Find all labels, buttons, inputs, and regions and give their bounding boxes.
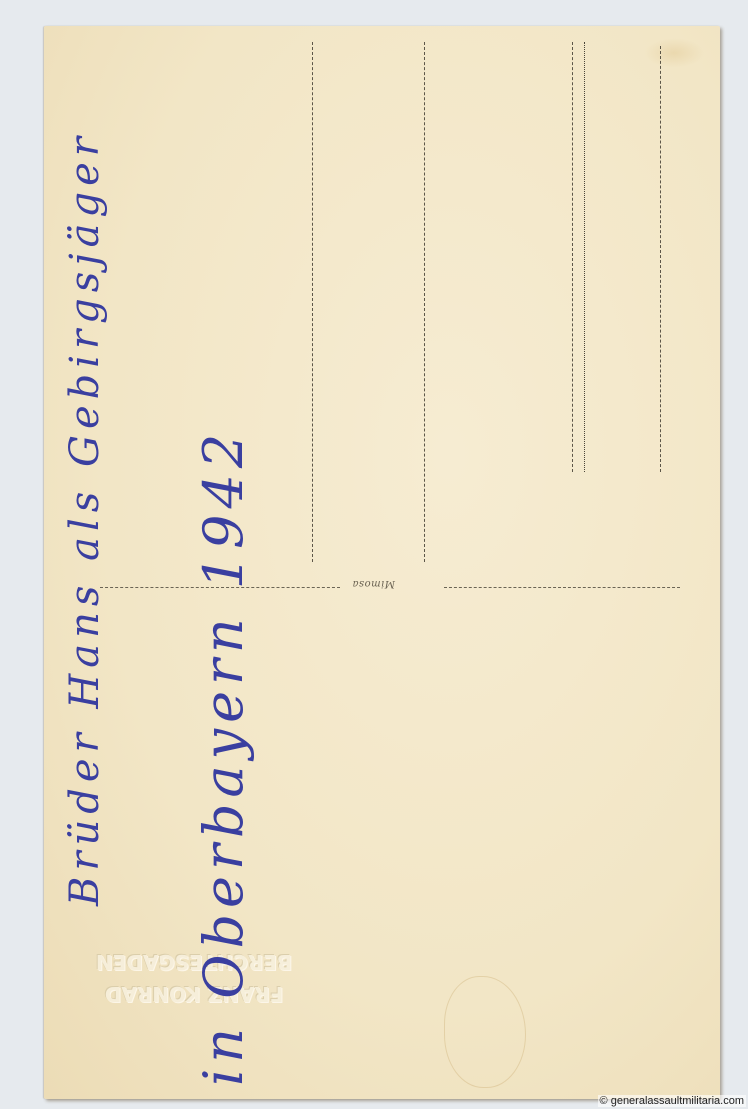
center-line-right <box>444 587 680 588</box>
watermark-copyright: © generalassaultmilitaria.com <box>598 1095 746 1107</box>
paper-stain <box>444 976 526 1088</box>
postcard-back: Mimosa FRANZ KONRAD BERCHTESGADEN Brüder… <box>44 26 720 1099</box>
handwriting-line-2: in Oberbayern 1942 <box>192 428 255 1086</box>
corner-stain <box>644 38 704 68</box>
stamp-box-line-2 <box>584 42 585 472</box>
stamp-box-line-3 <box>660 46 661 472</box>
handwriting-line-1: Brüder Hans als Gebirgsjäger <box>62 131 108 906</box>
divider-line-left <box>312 42 313 562</box>
stamp-box-line-1 <box>572 42 573 472</box>
divider-line-right <box>424 42 425 562</box>
printer-imprint: Mimosa <box>352 578 395 589</box>
